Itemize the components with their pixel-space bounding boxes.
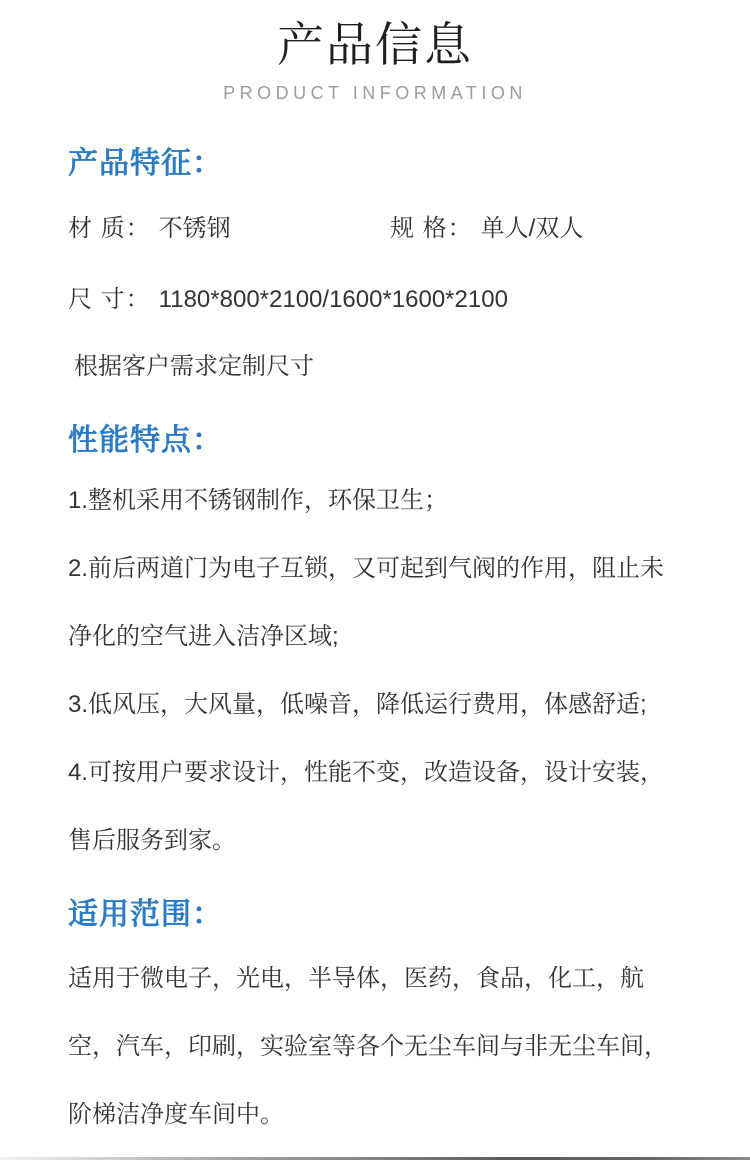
performance-line: 1.整机采用不锈钢制作，环保卫生； <box>68 467 682 535</box>
performance-line: 净化的空气进入洁净区域; <box>68 603 682 671</box>
spec-specification-value: 单人/双人 <box>481 215 584 242</box>
performance-line: 售后服务到家。 <box>68 807 682 875</box>
performance-list: 1.整机采用不锈钢制作，环保卫生； 2.前后两道门为电子互锁，又可起到气阀的作用… <box>68 467 682 875</box>
performance-line: 4.可按用户要求设计，性能不变，改造设备，设计安装， <box>68 739 682 807</box>
spec-size-label: 尺 寸： <box>68 286 151 313</box>
spec-specification: 规 格：单人/双人 <box>390 212 583 245</box>
section-heading-scope: 适用范围： <box>68 897 682 933</box>
section-heading-performance: 性能特点： <box>68 423 682 459</box>
scope-line: 适用于微电子，光电，半导体，医药，食品，化工，航 <box>68 945 682 1013</box>
page-content: 产品特征： 材 质：不锈钢 规 格：单人/双人 尺 寸：1180*800*210… <box>0 146 750 1149</box>
scope-line: 空，汽车，印刷，实验室等各个无尘车间与非无尘车间， <box>68 1013 682 1081</box>
spec-material-value: 不锈钢 <box>159 215 231 242</box>
performance-line: 3.低风压，大风量，低噪音，降低运行费用，体感舒适; <box>68 671 682 739</box>
scope-paragraph: 适用于微电子，光电，半导体，医药，食品，化工，航 空，汽车，印刷，实验室等各个无… <box>68 945 682 1149</box>
spec-size-value: 1180*800*2100/1600*1600*2100 <box>159 286 508 313</box>
custom-size-note: 根据客户需求定制尺寸 <box>68 350 682 383</box>
spec-material-label: 材 质： <box>68 215 151 242</box>
page-subtitle: PRODUCT INFORMATION <box>0 83 750 104</box>
page-header: 产品信息 PRODUCT INFORMATION <box>0 0 750 104</box>
performance-line: 2.前后两道门为电子互锁，又可起到气阀的作用，阻止未 <box>68 535 682 603</box>
spec-specification-label: 规 格： <box>390 215 473 242</box>
spec-size: 尺 寸：1180*800*2100/1600*1600*2100 <box>68 283 682 316</box>
spec-row-material-spec: 材 质：不锈钢 规 格：单人/双人 <box>68 212 682 245</box>
spec-material: 材 质：不锈钢 <box>68 212 390 245</box>
scope-line: 阶梯洁净度车间中。 <box>68 1081 682 1149</box>
product-information-page: 产品信息 PRODUCT INFORMATION 产品特征： 材 质：不锈钢 规… <box>0 0 750 1160</box>
page-title: 产品信息 <box>0 16 750 74</box>
section-heading-features: 产品特征： <box>68 146 682 182</box>
